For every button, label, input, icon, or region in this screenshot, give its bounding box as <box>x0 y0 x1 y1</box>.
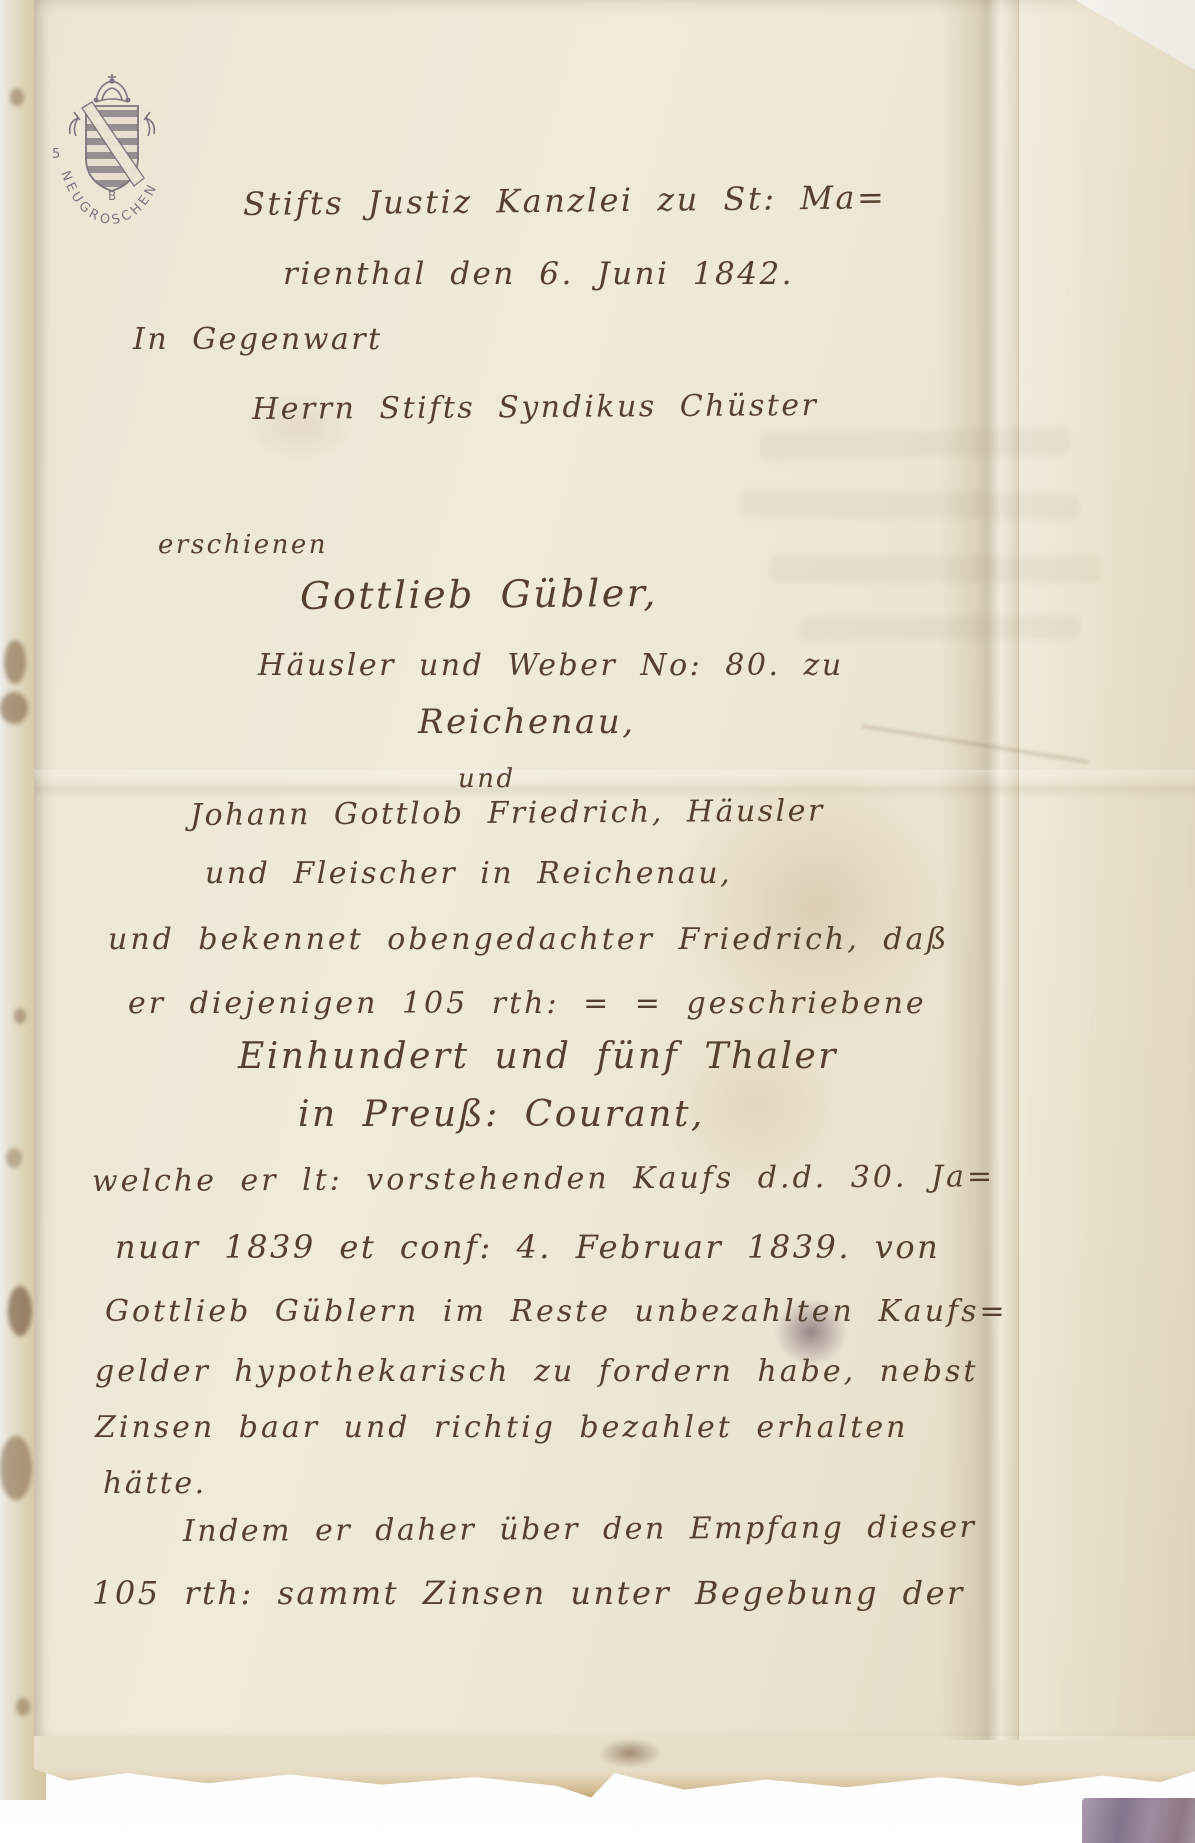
foxing-spot <box>0 1436 32 1500</box>
manuscript-line: Häusler und Weber No: 80. zu <box>258 648 844 683</box>
manuscript-line: und Fleischer in Reichenau, <box>205 856 732 891</box>
photo-background: 5 NEUGROSCHEN B Stifts Justiz Kanzlei zu… <box>0 0 1195 1843</box>
ink-bleedthrough <box>800 615 1080 642</box>
stamp-denomination: 5 <box>52 147 60 162</box>
manuscript-line: Johann Gottlob Friedrich, Häusler <box>190 794 825 833</box>
manuscript-line: Zinsen baar und richtig bezahlet erhalte… <box>95 1410 908 1445</box>
manuscript-line: und bekennet obengedachter Friedrich, da… <box>108 922 949 957</box>
foxing-spot <box>0 692 28 724</box>
manuscript-line: welche er lt: vorstehenden Kaufs d.d. 30… <box>92 1159 995 1199</box>
saxony-arms-stamp-icon: 5 NEUGROSCHEN B <box>48 66 176 238</box>
ink-bleedthrough <box>770 556 1100 582</box>
manuscript-line: Gottlieb Güblern im Reste unbezahlten Ka… <box>105 1294 1008 1329</box>
folded-right-margin <box>1018 0 1195 1740</box>
ink-bleedthrough <box>760 427 1070 460</box>
manuscript-line: nuar 1839 et conf: 4. Februar 1839. von <box>115 1228 940 1266</box>
manuscript-line: Reichenau, <box>418 702 636 742</box>
manuscript-line: Einhundert und fünf Thaler <box>238 1036 838 1077</box>
manuscript-line: er diejenigen 105 rth: = = geschriebene <box>128 986 927 1021</box>
foxing-spot <box>14 1008 26 1024</box>
manuscript-line: hätte. <box>103 1466 207 1501</box>
paper-tear <box>598 1738 662 1768</box>
marbled-cover-corner <box>1082 1798 1195 1843</box>
manuscript-line: gelder hypothekarisch zu fordern habe, n… <box>95 1354 978 1389</box>
foxing-spot <box>4 640 26 684</box>
foxing-spot <box>6 1148 22 1168</box>
manuscript-line: In Gegenwart <box>133 322 383 357</box>
manuscript-line: erschienen <box>158 530 328 560</box>
manuscript-line: Herrn Stifts Syndikus Chüster <box>252 388 819 427</box>
manuscript-line: Gottlieb Gübler, <box>300 571 658 618</box>
horizontal-fold-crease <box>34 770 1195 798</box>
manuscript-line: Stifts Justiz Kanzlei zu St: Ma= <box>243 178 887 223</box>
manuscript-line: 105 rth: sammt Zinsen unter Begebung der <box>92 1574 965 1612</box>
revenue-stamp: 5 NEUGROSCHEN B <box>48 66 176 238</box>
manuscript-line: rienthal den 6. Juni 1842. <box>283 256 794 292</box>
manuscript-line: und <box>458 764 516 794</box>
ink-bleedthrough <box>740 491 1080 520</box>
stamp-mint-letter: B <box>108 189 116 203</box>
manuscript-line: in Preuß: Courant, <box>298 1094 705 1135</box>
manuscript-line: Indem er daher über den Empfang dieser <box>183 1510 977 1549</box>
striped-shield <box>82 102 144 191</box>
foxing-spot <box>8 1286 32 1336</box>
foxing-spot <box>10 88 24 106</box>
foxing-spot <box>16 1698 30 1716</box>
